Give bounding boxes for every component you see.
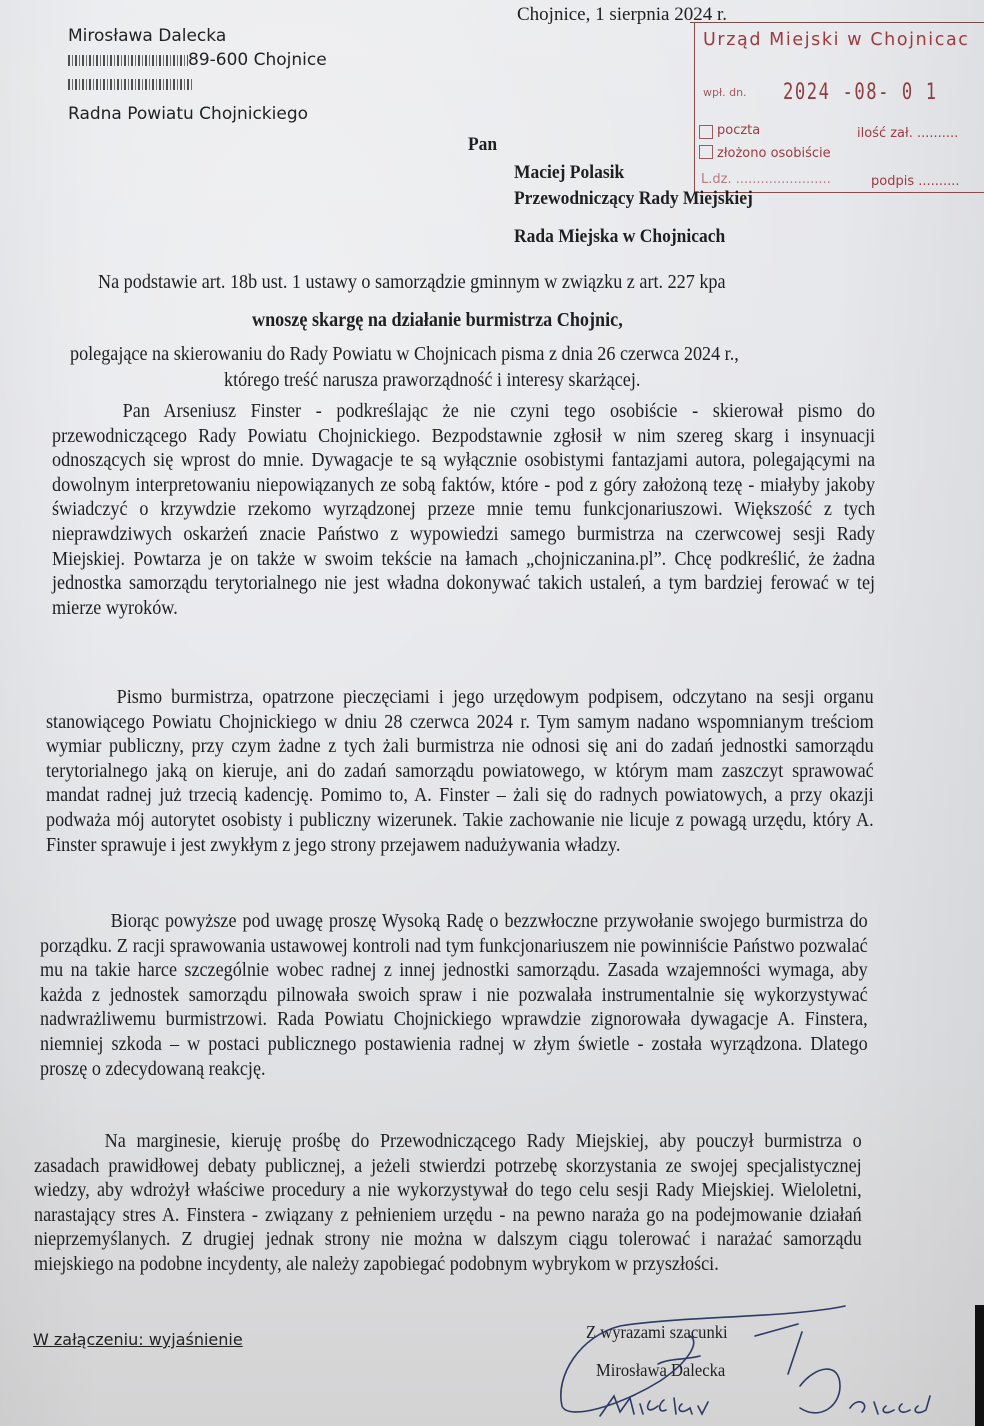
recipient-title: Przewodniczący Rady Miejskiej <box>514 188 753 210</box>
stamp-office: Urząd Miejski w Chojnicac <box>703 30 970 50</box>
stamp-option-post: poczta <box>717 123 760 138</box>
sender-name: Mirosława Dalecka <box>68 24 327 48</box>
recipient-name: Maciej Polasik <box>514 162 624 184</box>
recipient-salutation: Pan <box>468 134 497 156</box>
photo-edge-shadow <box>975 1305 984 1426</box>
redacted-street <box>68 55 188 66</box>
registry-stamp: Urząd Miejski w Chojnicac wpł. dn. 2024 … <box>694 22 984 193</box>
redacted-phone <box>68 79 193 90</box>
paragraph-3: Biorąc powyższe pod uwagę proszę Wysoką … <box>40 910 868 1082</box>
stamp-received-label: wpł. dn. <box>703 86 747 99</box>
checkbox-post-icon <box>699 125 713 139</box>
stamp-ref: L.dz. ....................... <box>701 172 831 187</box>
paragraph-1: Pan Arseniusz Finster - podkreślając że … <box>52 400 875 621</box>
checkbox-personal-icon <box>699 145 713 159</box>
recipient-body: Rada Miejska w Chojnicach <box>514 226 725 248</box>
stamp-option-personal: złożono osobiście <box>717 146 831 161</box>
handwritten-signature-icon <box>540 1296 960 1426</box>
paragraph-4: Na marginesie, kieruję prośbę do Przewod… <box>34 1130 862 1278</box>
attachment-note: W załączeniu: wyjaśnienie <box>33 1330 243 1349</box>
sender-address: 89-600 Chojnice <box>68 48 327 72</box>
sender-block: Mirosława Dalecka 89-600 Chojnice Radna … <box>68 24 327 126</box>
stamp-signature: podpis .......... <box>871 174 960 189</box>
legal-basis: Na podstawie art. 18b ust. 1 ustawy o sa… <box>98 272 726 294</box>
complaint-subject-2: którego treść narusza praworządność i in… <box>224 370 640 392</box>
complaint-subject-1: polegające na skierowaniu do Rady Powiat… <box>70 344 739 366</box>
complaint-heading: wnoszę skargę na działanie burmistrza Ch… <box>252 310 623 332</box>
paragraph-2: Pismo burmistrza, opatrzone pieczęciami … <box>46 686 874 858</box>
sender-role: Radna Powiatu Chojnickiego <box>68 102 327 126</box>
sender-phone <box>68 72 327 96</box>
stamp-attachments: ilość zał. .......... <box>857 126 958 141</box>
stamp-received-date: 2024 -08- 0 1 <box>783 80 938 105</box>
